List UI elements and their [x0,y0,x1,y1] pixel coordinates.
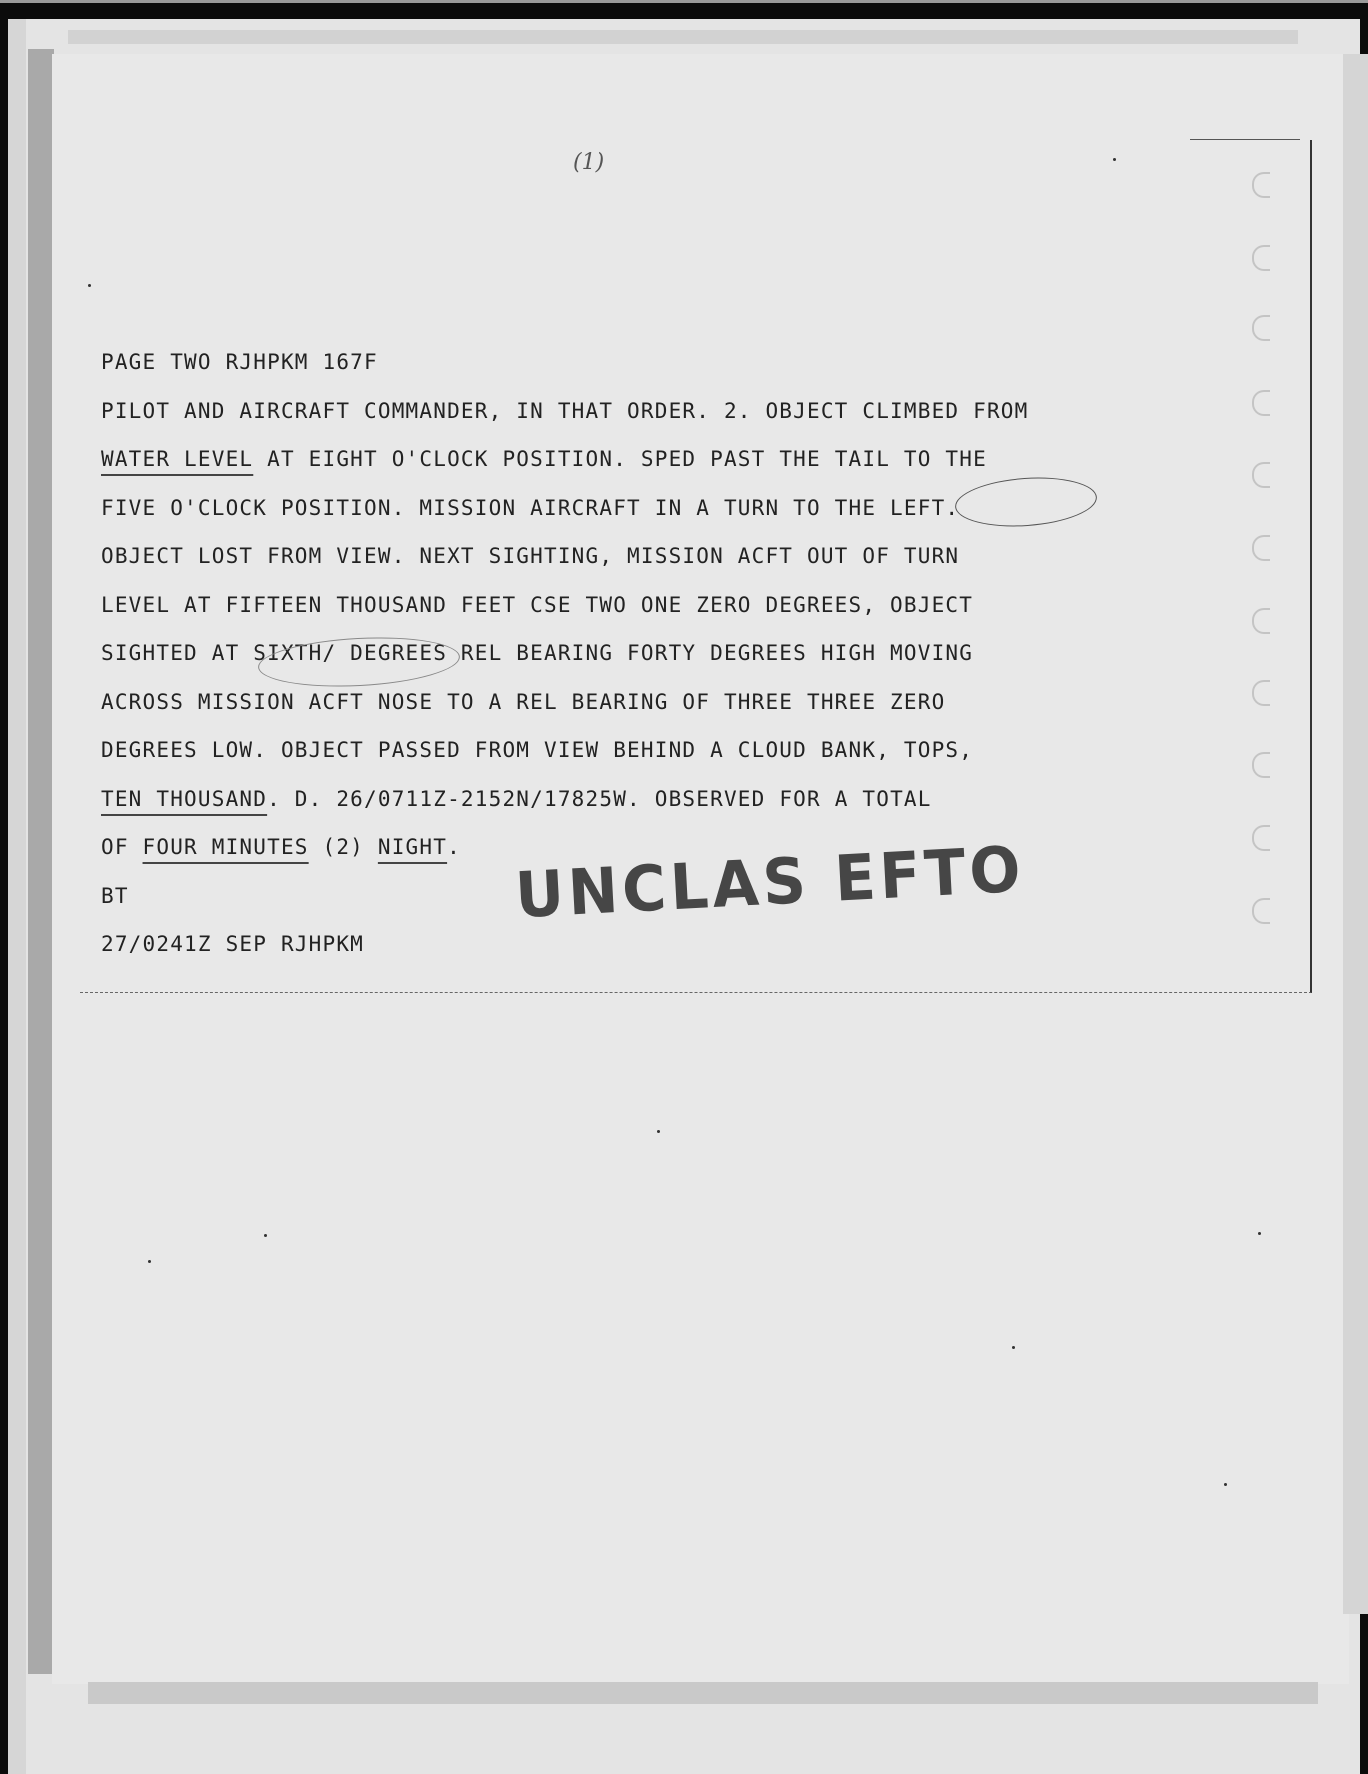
feed-hole [1252,752,1270,778]
underlined-phrase: TEN THOUSAND [101,787,267,811]
speck [1012,1346,1015,1349]
feed-hole [1252,315,1270,341]
speck [1113,158,1116,161]
underlined-phrase: WATER LEVEL [101,447,253,471]
handwritten-page-number: (1) [573,150,604,175]
body-line: TEN THOUSAND. D. 26/0711Z-2152N/17825W. … [101,787,1029,836]
scan-left-margin [8,19,26,1774]
body-line: FIVE O'CLOCK POSITION. MISSION AIRCRAFT … [101,496,1029,545]
feed-hole [1252,172,1270,198]
body-line: OBJECT LOST FROM VIEW. NEXT SIGHTING, MI… [101,544,1029,593]
body-line: PILOT AND AIRCRAFT COMMANDER, IN THAT OR… [101,399,1029,448]
feed-hole [1252,462,1270,488]
body-line: WATER LEVEL AT EIGHT O'CLOCK POSITION. S… [101,447,1029,496]
top-border [0,0,1368,3]
speck [148,1260,151,1263]
body-line: DEGREES LOW. OBJECT PASSED FROM VIEW BEH… [101,738,1029,787]
date-time-group: 27/0241Z SEP RJHPKM [101,932,1029,981]
feed-hole [1252,390,1270,416]
underlined-phrase: FOUR MINUTES [143,835,309,859]
body-line: SIGHTED AT SIXTH/ DEGREES REL BEARING FO… [101,641,1029,690]
feed-hole [1252,608,1270,634]
speck [1224,1483,1227,1486]
form-top-rule [1190,139,1300,140]
speck [264,1234,267,1237]
underlined-phrase: NIGHT [378,835,447,859]
feed-hole [1252,535,1270,561]
speck [1258,1232,1261,1235]
paper-bottom-shadow [88,1682,1318,1704]
speck [88,284,91,287]
scan-top-shadow [68,30,1298,44]
feed-hole [1252,680,1270,706]
feed-hole [1252,898,1270,924]
paper-right-edge [1343,54,1368,1614]
body-line: LEVEL AT FIFTEEN THOUSAND FEET CSE TWO O… [101,593,1029,642]
header-line: PAGE TWO RJHPKM 167F [101,350,1029,399]
body-line: ACROSS MISSION ACFT NOSE TO A REL BEARIN… [101,690,1029,739]
feed-hole [1252,825,1270,851]
scan-left-shadow [28,49,54,1674]
speck [657,1130,660,1133]
feed-hole [1252,245,1270,271]
